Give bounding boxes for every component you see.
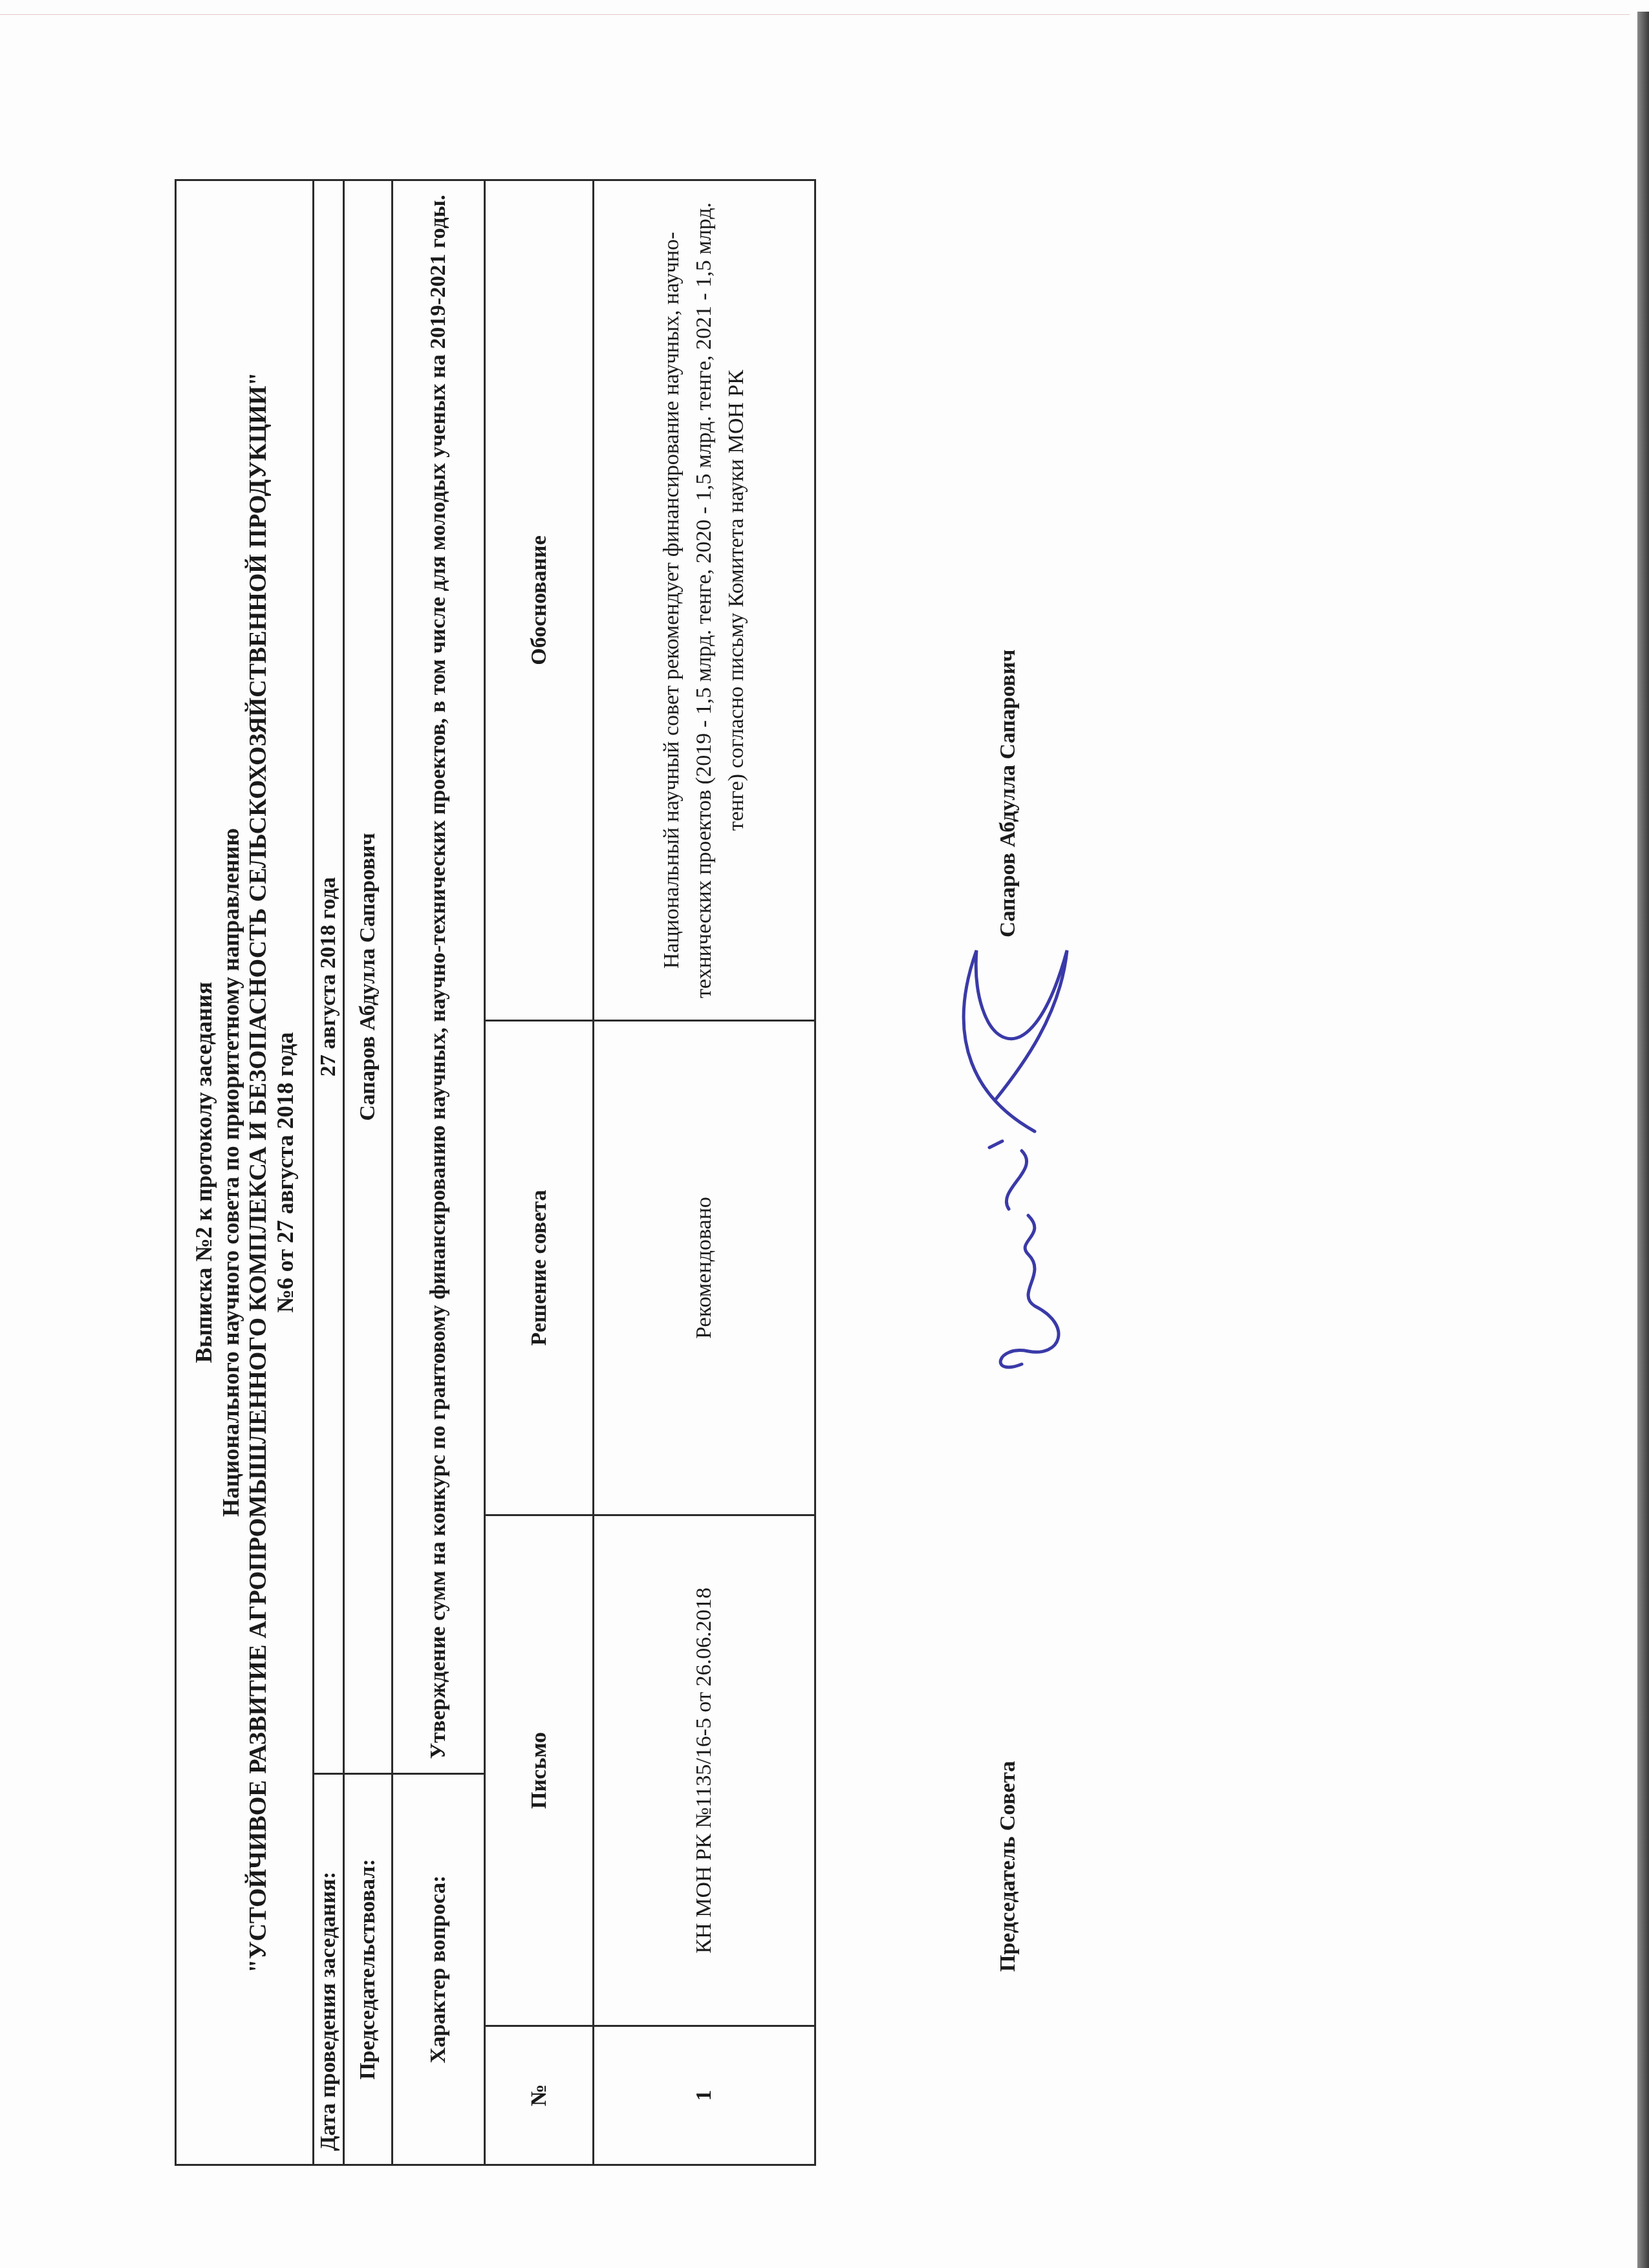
signature-block: Председатель Совета Сапаров Абдулла Сапа… <box>951 226 1093 2166</box>
header-line-3: "УСТОЙЧИВОЕ РАЗВИТИЕ АГРОПРОМЫШЛЕННОГО К… <box>244 194 272 2151</box>
chair-value: Сапаров Абдулла Сапарович <box>344 180 393 1773</box>
header-line-2: Национального научного совета по приорит… <box>217 194 244 2151</box>
column-header-letter: Письмо <box>485 1515 594 2026</box>
document-header: Выписка №2 к протоколу заседания Национа… <box>176 180 314 2165</box>
scan-edge-top <box>0 14 1630 15</box>
column-header-justification: Обоснование <box>485 180 594 1020</box>
header-line-1: Выписка №2 к протоколу заседания <box>190 194 217 2151</box>
column-header-number: № <box>485 2026 594 2165</box>
header-line-4: №6 от 27 августа 2018 года <box>272 194 299 2151</box>
signature-icon <box>951 937 1080 1403</box>
meeting-date-value: 27 августа 2018 года <box>314 180 344 1773</box>
protocol-table: Выписка №2 к протоколу заседания Национа… <box>175 179 816 2166</box>
column-header-decision: Решение совета <box>485 1021 594 1515</box>
issue-value: Утверждение сумм на конкурс по грантовом… <box>393 180 485 1773</box>
row-letter: КН МОН РК №1135/16-5 от 26.06.2018 <box>594 1515 815 2026</box>
issue-label: Характер вопроса: <box>393 1774 485 2165</box>
row-number: 1 <box>594 2026 815 2165</box>
chair-label: Председательствовал: <box>344 1774 393 2165</box>
row-decision: Рекомендовано <box>594 1021 815 1515</box>
table-row: 1 КН МОН РК №1135/16-5 от 26.06.2018 Рек… <box>594 180 815 2165</box>
meeting-date-label: Дата проведения заседания: <box>314 1774 344 2165</box>
signatory-role: Председатель Совета <box>996 1761 1020 1972</box>
signatory-name: Сапаров Абдулла Сапарович <box>996 650 1020 938</box>
scan-edge-right <box>1637 12 1649 2268</box>
row-justification: Национальный научный совет рекомендует ф… <box>594 180 815 1020</box>
document-sheet: Выписка №2 к протоколу заседания Национа… <box>175 175 1119 2166</box>
